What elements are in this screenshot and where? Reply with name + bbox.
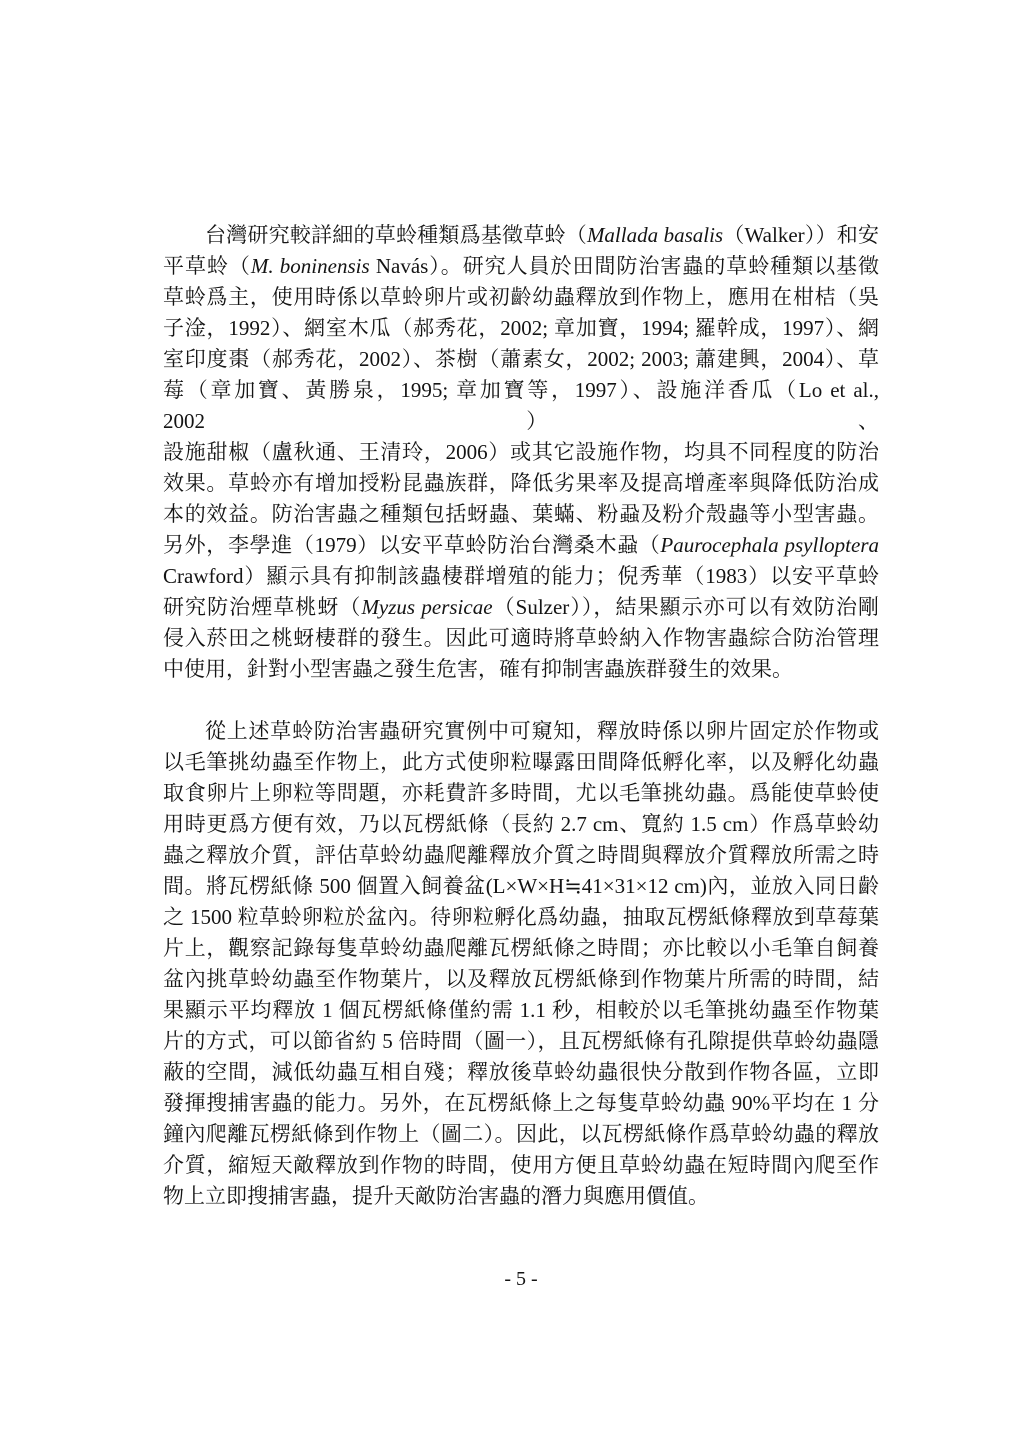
text-segment: 物上立即搜捕害蟲，提升天敵防治害蟲的潛力與應用價值。 (163, 1184, 709, 1208)
text-line: 台灣研究較詳細的草蛉種類爲基徵草蛉（Mallada basalis（Walker… (163, 220, 879, 251)
scientific-name: M. boninensis (251, 254, 370, 278)
text-line: 另外，李學進（1979）以安平草蛉防治台灣桑木蝨（Paurocephala ps… (163, 530, 879, 561)
text-line: 鐘內爬離瓦楞紙條到作物上（圖二）。因此，以瓦楞紙條作爲草蛉幼蟲的釋放 (163, 1119, 879, 1150)
text-line: 效果。草蛉亦有增加授粉昆蟲族群，降低劣果率及提高增產率與降低防治成 (163, 468, 879, 499)
text-segment: 片上，觀察記錄每隻草蛉幼蟲爬離瓦楞紙條之時間；亦比較以小毛筆自飼養 (163, 936, 879, 960)
text-segment: 從上述草蛉防治害蟲研究實例中可窺知，釋放時係以卵片固定於作物或 (205, 719, 879, 743)
text-segment: （Walker））和安 (723, 223, 879, 247)
text-line: 從上述草蛉防治害蟲研究實例中可窺知，釋放時係以卵片固定於作物或 (163, 716, 879, 747)
text-line: 中使用，針對小型害蟲之發生危害，確有抑制害蟲族群發生的效果。 (163, 654, 879, 685)
document-page: 台灣研究較詳細的草蛉種類爲基徵草蛉（Mallada basalis（Walker… (0, 0, 1024, 1448)
text-line: Crawford）顯示具有抑制該蟲棲群增殖的能力；倪秀華（1983）以安平草蛉 (163, 561, 879, 592)
text-line: 蟲之釋放介質，評估草蛉幼蟲爬離釋放介質之時間與釋放介質釋放所需之時 (163, 840, 879, 871)
text-line: 草蛉爲主，使用時係以草蛉卵片或初齡幼蟲釋放到作物上，應用在柑桔（吳 (163, 282, 879, 313)
text-segment: 莓（章加寶、黃勝泉，1995; 章加寶等，1997）、設施洋香瓜（Lo et a… (163, 378, 879, 433)
text-line: 本的效益。防治害蟲之種類包括蚜蟲、葉蟎、粉蝨及粉介殼蟲等小型害蟲。 (163, 499, 879, 530)
text-segment: 發揮搜捕害蟲的能力。另外，在瓦楞紙條上之每隻草蛉幼蟲 90%平均在 1 分 (163, 1091, 879, 1115)
text-line: 蔽的空間，減低幼蟲互相自殘；釋放後草蛉幼蟲很快分散到作物各區，立即 (163, 1057, 879, 1088)
text-line: 片上，觀察記錄每隻草蛉幼蟲爬離瓦楞紙條之時間；亦比較以小毛筆自飼養 (163, 933, 879, 964)
text-segment: 平草蛉（ (163, 254, 251, 278)
page-number: - 5 - (163, 1266, 879, 1292)
text-segment: 間。將瓦楞紙條 500 個置入飼養盆(L×W×H≒41×31×12 cm)內，並… (163, 874, 879, 898)
text-segment: 蔽的空間，減低幼蟲互相自殘；釋放後草蛉幼蟲很快分散到作物各區，立即 (163, 1060, 879, 1084)
text-line: 侵入菸田之桃蚜棲群的發生。因此可適時將草蛉納入作物害蟲綜合防治管理 (163, 623, 879, 654)
text-segment: 片的方式，可以節省約 5 倍時間（圖一），且瓦楞紙條有孔隙提供草蛉幼蟲隱 (163, 1029, 879, 1053)
text-line: 之 1500 粒草蛉卵粒於盆內。待卵粒孵化爲幼蟲，抽取瓦楞紙條釋放到草莓葉 (163, 902, 879, 933)
scientific-name: Paurocephala psylloptera (660, 533, 879, 557)
text-segment: 鐘內爬離瓦楞紙條到作物上（圖二）。因此，以瓦楞紙條作爲草蛉幼蟲的釋放 (163, 1122, 879, 1146)
text-segment: 子淦，1992）、網室木瓜（郝秀花，2002; 章加寶，1994; 羅幹成，19… (163, 316, 879, 340)
text-line: 室印度棗（郝秀花，2002）、茶樹（蕭素女，2002; 2003; 蕭建興，20… (163, 344, 879, 375)
text-line: 用時更爲方便有效，乃以瓦楞紙條（長約 2.7 cm、寬約 1.5 cm）作爲草蛉… (163, 809, 879, 840)
text-segment: 之 1500 粒草蛉卵粒於盆內。待卵粒孵化爲幼蟲，抽取瓦楞紙條釋放到草莓葉 (163, 905, 879, 929)
text-line: 設施甜椒（盧秋通、王清玲，2006）或其它設施作物，均具不同程度的防治 (163, 437, 879, 468)
text-line: 莓（章加寶、黃勝泉，1995; 章加寶等，1997）、設施洋香瓜（Lo et a… (163, 375, 879, 437)
text-segment: 中使用，針對小型害蟲之發生危害，確有抑制害蟲族群發生的效果。 (163, 657, 793, 681)
text-line: 間。將瓦楞紙條 500 個置入飼養盆(L×W×H≒41×31×12 cm)內，並… (163, 871, 879, 902)
text-segment: 草蛉爲主，使用時係以草蛉卵片或初齡幼蟲釋放到作物上，應用在柑桔（吳 (163, 285, 879, 309)
text-segment: 台灣研究較詳細的草蛉種類爲基徵草蛉（ (205, 223, 587, 247)
text-line: 平草蛉（M. boninensis Navás）。研究人員於田間防治害蟲的草蛉種… (163, 251, 879, 282)
text-line: 研究防治煙草桃蚜（Myzus persicae（Sulzer）），結果顯示亦可以… (163, 592, 879, 623)
text-line: 片的方式，可以節省約 5 倍時間（圖一），且瓦楞紙條有孔隙提供草蛉幼蟲隱 (163, 1026, 879, 1057)
text-line: 介質，縮短天敵釋放到作物的時間，使用方便且草蛉幼蟲在短時間內爬至作 (163, 1150, 879, 1181)
text-segment: 侵入菸田之桃蚜棲群的發生。因此可適時將草蛉納入作物害蟲綜合防治管理 (163, 626, 879, 650)
text-segment: 研究防治煙草桃蚜（ (163, 595, 361, 619)
paragraph: 台灣研究較詳細的草蛉種類爲基徵草蛉（Mallada basalis（Walker… (163, 220, 879, 685)
text-segment: 用時更爲方便有效，乃以瓦楞紙條（長約 2.7 cm、寬約 1.5 cm）作爲草蛉… (163, 812, 879, 836)
text-segment: 室印度棗（郝秀花，2002）、茶樹（蕭素女，2002; 2003; 蕭建興，20… (163, 347, 879, 371)
text-line: 子淦，1992）、網室木瓜（郝秀花，2002; 章加寶，1994; 羅幹成，19… (163, 313, 879, 344)
text-segment: 設施甜椒（盧秋通、王清玲，2006）或其它設施作物，均具不同程度的防治 (163, 440, 879, 464)
scientific-name: Myzus persicae (361, 595, 492, 619)
text-segment: 介質，縮短天敵釋放到作物的時間，使用方便且草蛉幼蟲在短時間內爬至作 (163, 1153, 879, 1177)
text-segment: 以毛筆挑幼蟲至作物上，此方式使卵粒曝露田間降低孵化率，以及孵化幼蟲 (163, 750, 879, 774)
text-line: 發揮搜捕害蟲的能力。另外，在瓦楞紙條上之每隻草蛉幼蟲 90%平均在 1 分 (163, 1088, 879, 1119)
text-segment: 蟲之釋放介質，評估草蛉幼蟲爬離釋放介質之時間與釋放介質釋放所需之時 (163, 843, 879, 867)
text-segment: （Sulzer）），結果顯示亦可以有效防治剛 (493, 595, 879, 619)
body-text: 台灣研究較詳細的草蛉種類爲基徵草蛉（Mallada basalis（Walker… (163, 220, 879, 1212)
text-line: 以毛筆挑幼蟲至作物上，此方式使卵粒曝露田間降低孵化率，以及孵化幼蟲 (163, 747, 879, 778)
text-segment: Crawford）顯示具有抑制該蟲棲群增殖的能力；倪秀華（1983）以安平草蛉 (163, 564, 879, 588)
text-line: 果顯示平均釋放 1 個瓦楞紙條僅約需 1.1 秒，相較於以毛筆挑幼蟲至作物葉 (163, 995, 879, 1026)
text-segment: 效果。草蛉亦有增加授粉昆蟲族群，降低劣果率及提高增產率與降低防治成 (163, 471, 879, 495)
paragraph: 從上述草蛉防治害蟲研究實例中可窺知，釋放時係以卵片固定於作物或以毛筆挑幼蟲至作物… (163, 716, 879, 1212)
text-segment: Navás）。研究人員於田間防治害蟲的草蛉種類以基徵 (370, 254, 879, 278)
text-line: 取食卵片上卵粒等問題，亦耗費許多時間，尤以毛筆挑幼蟲。爲能使草蛉使 (163, 778, 879, 809)
text-segment: 盆內挑草蛉幼蟲至作物葉片，以及釋放瓦楞紙條到作物葉片所需的時間，結 (163, 967, 879, 991)
scientific-name: Mallada basalis (587, 223, 723, 247)
text-segment: 另外，李學進（1979）以安平草蛉防治台灣桑木蝨（ (163, 533, 660, 557)
text-line: 物上立即搜捕害蟲，提升天敵防治害蟲的潛力與應用價值。 (163, 1181, 879, 1212)
text-segment: 果顯示平均釋放 1 個瓦楞紙條僅約需 1.1 秒，相較於以毛筆挑幼蟲至作物葉 (163, 998, 879, 1022)
text-line: 盆內挑草蛉幼蟲至作物葉片，以及釋放瓦楞紙條到作物葉片所需的時間，結 (163, 964, 879, 995)
text-segment: 本的效益。防治害蟲之種類包括蚜蟲、葉蟎、粉蝨及粉介殼蟲等小型害蟲。 (163, 502, 879, 526)
text-segment: 取食卵片上卵粒等問題，亦耗費許多時間，尤以毛筆挑幼蟲。爲能使草蛉使 (163, 781, 879, 805)
